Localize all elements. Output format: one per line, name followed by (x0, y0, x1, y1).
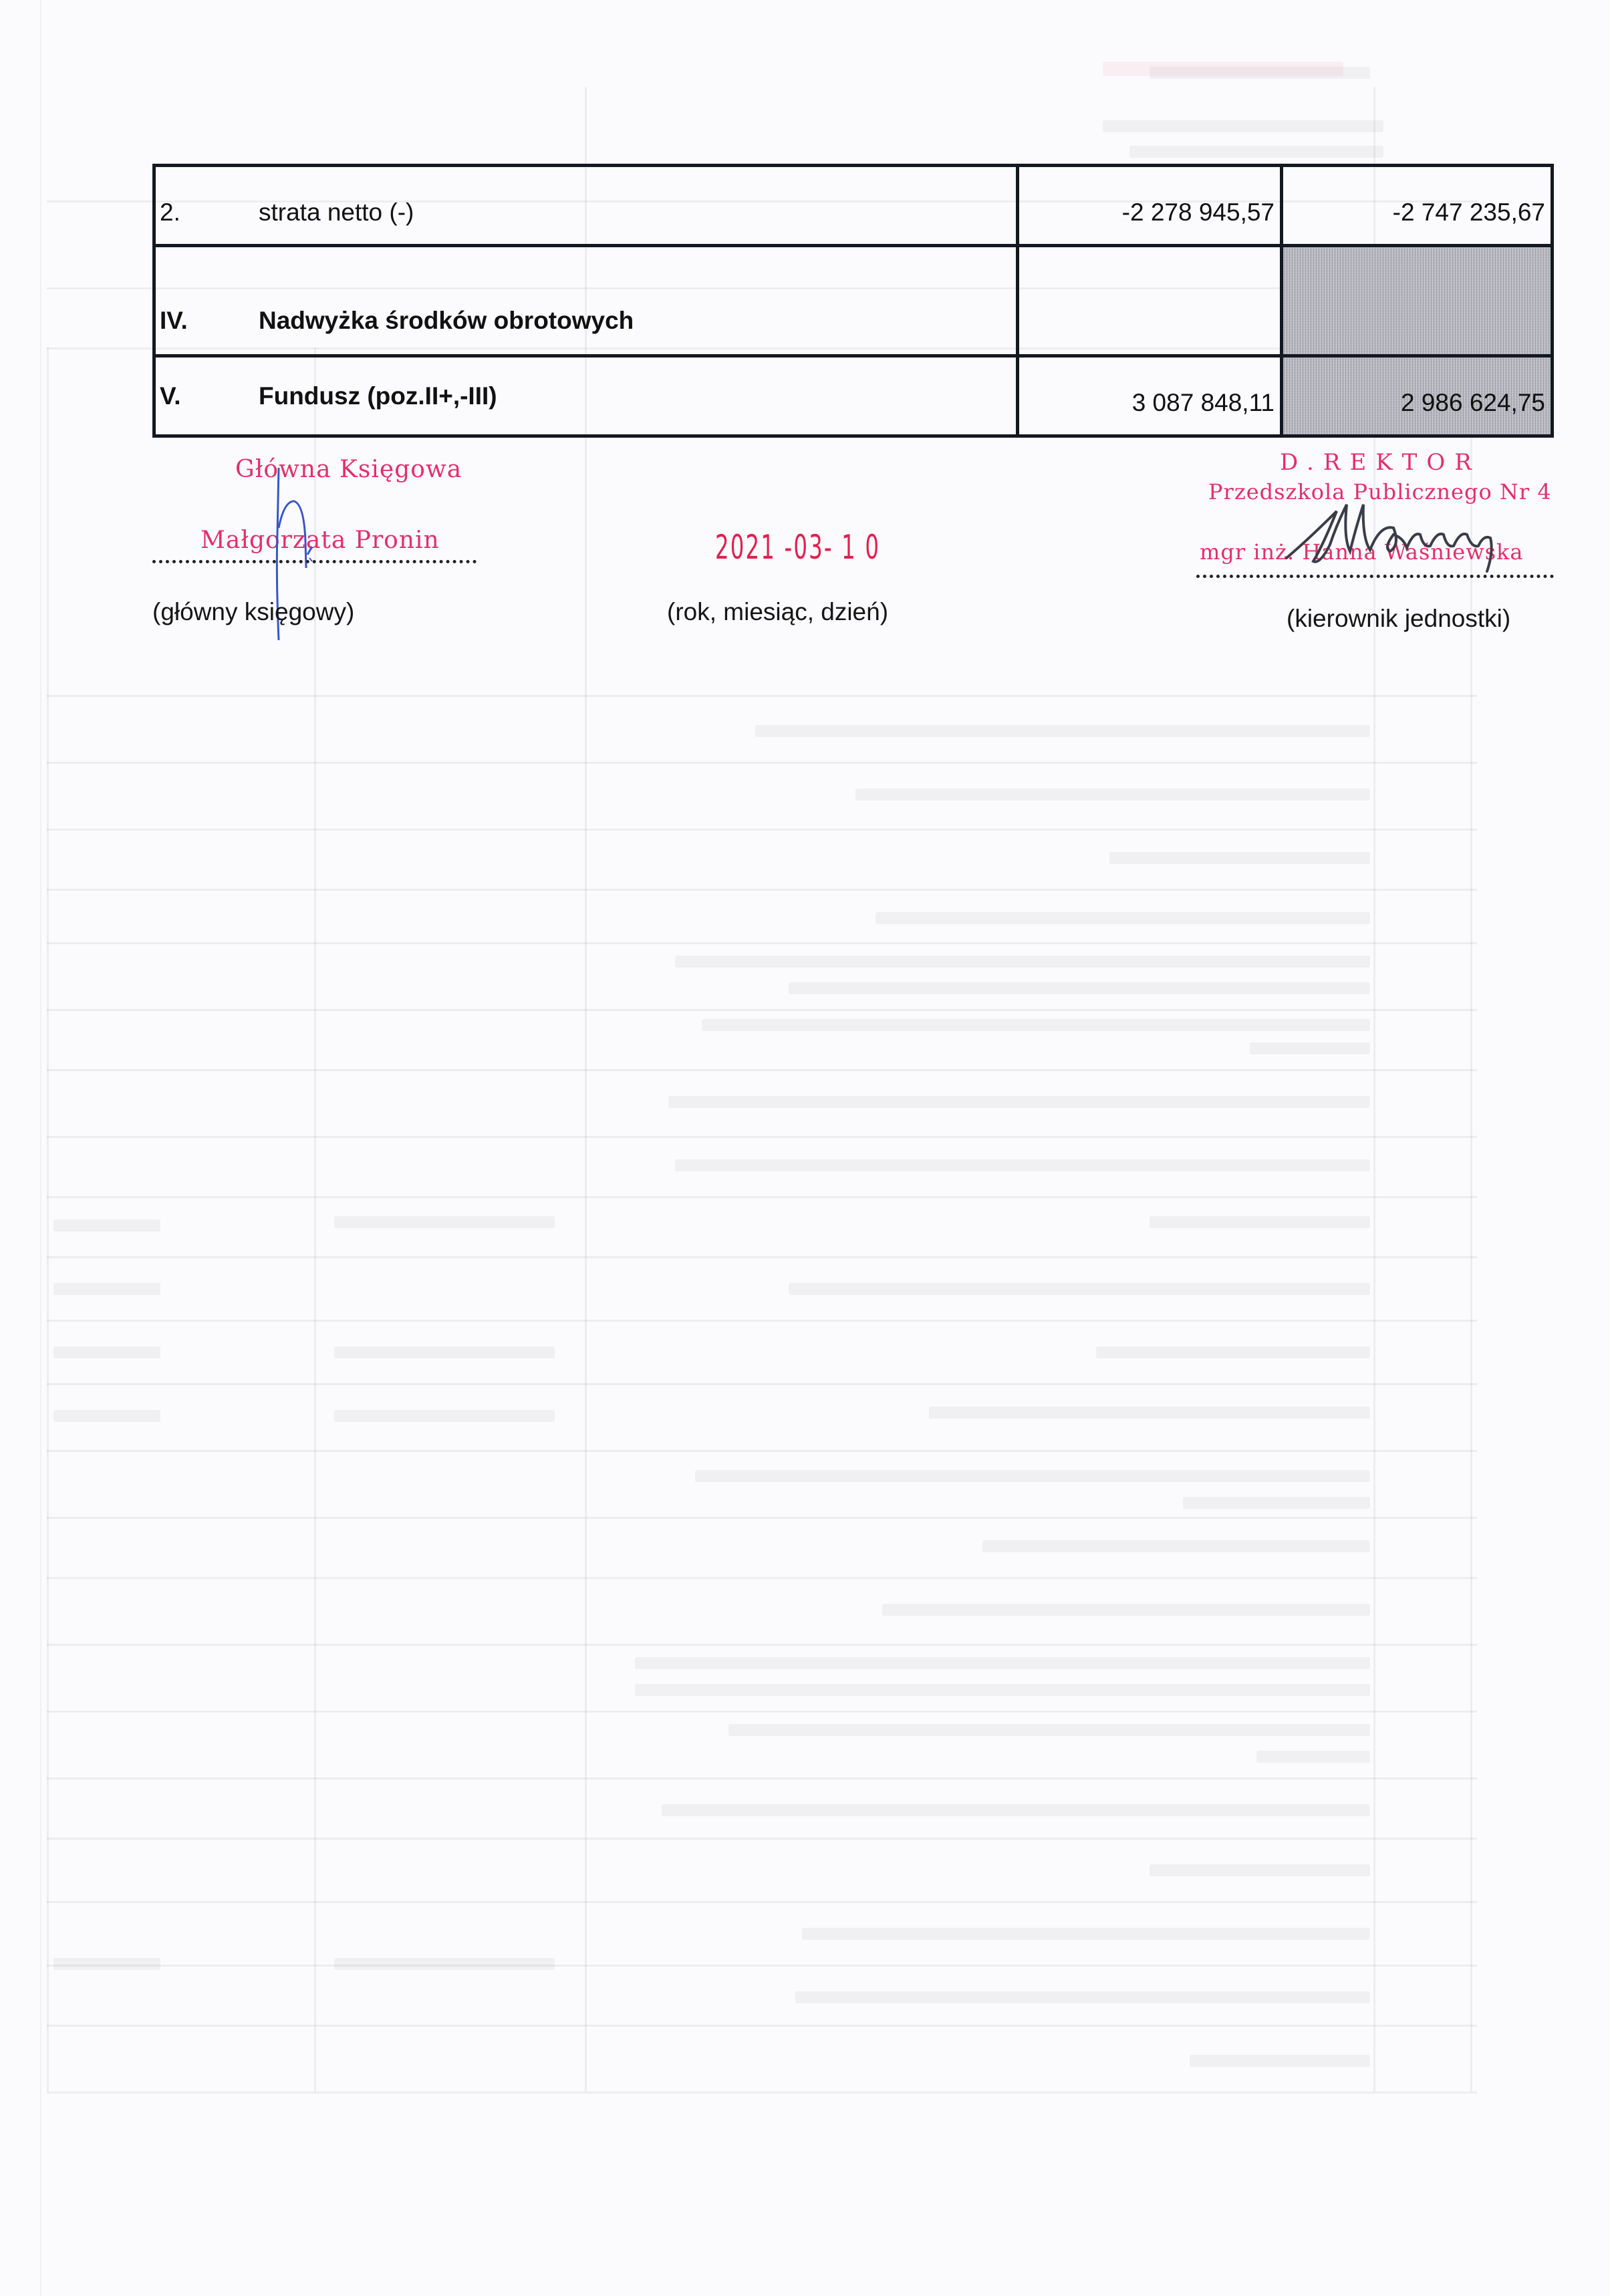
row-label-cell: V. Fundusz (poz.II+,-III) (154, 356, 1018, 436)
value-previous-year: -2 278 945,57 (1018, 166, 1282, 246)
row-label: Nadwyżka środków obrotowych (259, 307, 634, 335)
row-number: 2. (156, 198, 259, 227)
fund-table: 2. strata netto (-) -2 278 945,57 -2 747… (152, 164, 1554, 438)
value-previous-year (1018, 246, 1282, 356)
value-current-year-hatched: 2 986 624,75 (1282, 356, 1553, 436)
accountant-signature-line (152, 560, 477, 563)
accountant-stamp-name: Małgorzata Pronin (200, 527, 440, 554)
accountant-caption: (główny księgowy) (152, 598, 354, 626)
director-signature-line (1196, 575, 1554, 578)
row-number: IV. (156, 307, 259, 335)
date-stamp: 2021 -03- 1 0 (715, 528, 880, 567)
row-label-cell: IV. Nadwyżka środków obrotowych (154, 246, 1018, 356)
scan-edge (40, 0, 41, 2296)
row-label: strata netto (-) (259, 198, 414, 227)
director-caption: (kierownik jednostki) (1287, 605, 1510, 633)
director-stamp-name: mgr inż. Hanna Waśniewska (1200, 539, 1523, 565)
date-caption: (rok, miesiąc, dzień) (667, 598, 888, 626)
accountant-stamp-title: Główna Księgowa (235, 456, 462, 483)
director-stamp-unit: Przedszkola Publicznego Nr 4 (1208, 479, 1552, 505)
table-row-fund: V. Fundusz (poz.II+,-III) 3 087 848,11 2… (154, 356, 1553, 436)
value-previous-year: 3 087 848,11 (1018, 356, 1282, 436)
value-current-year: -2 747 235,67 (1282, 166, 1553, 246)
row-number: V. (156, 382, 259, 410)
row-label: Fundusz (poz.II+,-III) (259, 382, 497, 410)
table-row-working-capital-surplus: IV. Nadwyżka środków obrotowych (154, 246, 1553, 356)
director-handwritten-signature (1283, 498, 1577, 578)
value-current-year-hatched (1282, 246, 1553, 356)
director-stamp-title: D.REKTOR (1280, 449, 1481, 476)
